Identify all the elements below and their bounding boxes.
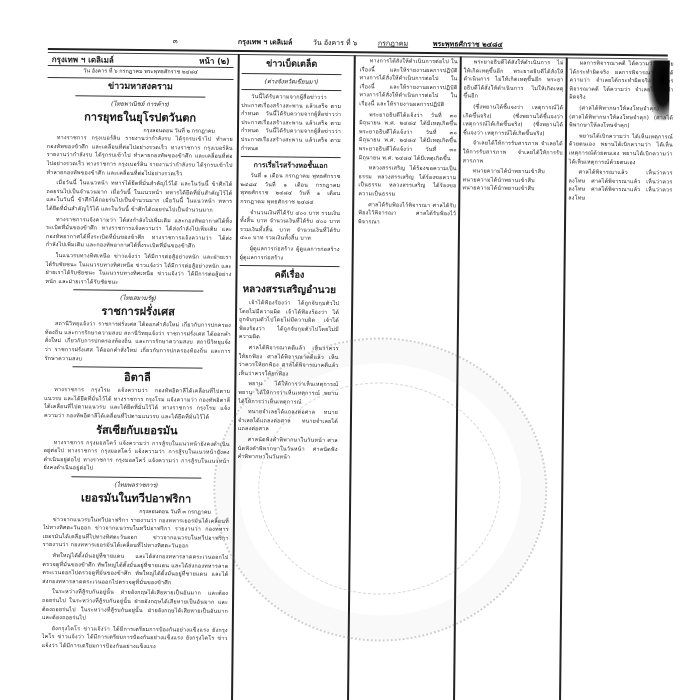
paragraph: ทางราชการ กรุงมอสโคว์ แจ้งความว่า การสู้…	[43, 439, 229, 475]
section-title: ข่าวเบ็ดเตล็ด	[242, 58, 342, 71]
paragraph: ในแนวรบทางทิศเหนือ ข่าวแจ้งว่า ได้มีการต…	[45, 252, 231, 288]
headline: การยุทธในยุโรปตวันตก	[47, 110, 233, 126]
issue-date: วัน อังคาร ที่ ๖	[313, 38, 358, 49]
ink-blot	[647, 60, 670, 120]
paragraph: พยาน ได้ให้การว่าเห็นเหตุการณ์ พยาน ได้ใ…	[238, 380, 338, 407]
paragraph: ข่าวจากแนวรบในทวีปอาฟริกา รายงานว่า กองท…	[43, 516, 229, 552]
headline: หลวงสรรเสริญอำนวย	[239, 283, 339, 298]
divider	[242, 73, 342, 75]
page-number: ๓	[173, 36, 178, 47]
article-source: (ไทยสยามรัฐ)	[45, 293, 231, 304]
column-2: ข่าวเบ็ดเตล็ด (ต่างจังหวัดเขียนมา) วันนี…	[235, 56, 342, 700]
paragraph: หลวงสรรเสริญ ได้ร้องขอความเป็นธรรม หลวงส…	[358, 164, 456, 199]
paragraph: วันที่ ๑ เดือน กรกฎาคม พุทธศักราช ๒๔๘๔ ว…	[240, 172, 340, 207]
divider	[241, 89, 341, 91]
paragraph: ศาลได้รับฟ้องไว้พิจารณา ศาลได้รับฟ้องไว้…	[358, 201, 456, 228]
paragraph: ทางการได้สั่งให้ดำเนินการต่อไป ในเรื่องน…	[359, 57, 458, 110]
paragraph: ศาลนัดฟังคำพิพากษาในวันหน้า ศาลนัดฟังคำพ…	[238, 436, 338, 463]
headline: เยอรมันในทวีปอาฟริกา	[43, 491, 229, 507]
paragraph: ยังกรุงไคโร ข่าวแจ้งว่า ได้มีการเตรียมกา…	[42, 625, 228, 653]
paragraph: ทางราชการ กรุงเบอร์ลิน รายงานว่ากำลังรบ …	[47, 134, 233, 179]
paragraph: ผู้ดูแลการก่อสร้าง ผู้ดูแลการก่อสร้าง ผู…	[240, 245, 340, 263]
section-title: ข่าวมหาสงคราม	[47, 80, 233, 94]
paper-name: กรุงเทพ ฯ เดลิเมล์	[238, 37, 292, 49]
divider	[240, 265, 340, 267]
paragraph: เจ้าได้ฟ้องร้องว่า ได้ถูกจับกุมตัวไปโดยไ…	[239, 299, 339, 343]
headline: ราชการฝรั่งเศส	[45, 304, 231, 320]
divider	[71, 476, 201, 478]
article-source: (ไทยพลราชการ)	[43, 480, 229, 491]
paragraph: สถานีวิทยุแจ้งว่า ราชการฝรั่งเศส ได้ออกค…	[45, 320, 231, 365]
issue-month: กรกฎาคม	[378, 38, 408, 49]
box-title: กรุงเทพ ฯ เดลิเมล์	[52, 54, 114, 66]
paragraph: (ซึ่งพยานได้ชี้แจงว่า เหตุการณ์ได้เกิดขึ…	[463, 103, 563, 138]
paragraph: ทนายความได้นำพยานเข้าสืบ ทนายความได้นำพย…	[462, 167, 562, 194]
headline: อิตาลี	[44, 370, 230, 386]
paragraph: จำนวนเงินที่ได้รับ ๔๐๐ บาท รวมเงินทั้งสิ…	[240, 209, 340, 244]
column-5: ผลการพิจารณาคดี ได้ความว่า จำเลยได้กระทำ…	[563, 59, 674, 700]
divider	[72, 367, 202, 369]
headline: รัสเซียกับเยอรมัน	[44, 423, 230, 439]
section-title: คดีเรื่อง	[239, 269, 339, 282]
paragraph: จำเลยได้ให้การรับสารภาพ จำเลยได้ให้การรั…	[463, 140, 563, 167]
column-4: พระยาอธิบดีได้สั่งให้ดำเนินการ ไม่ให้เกิ…	[457, 58, 564, 700]
paragraph: พระยาอธิบดีได้แจ้งว่า วันที่ ๓๐ มิถุนายน…	[359, 111, 458, 164]
paragraph: ทางราชการ กรุงโรม แจ้งความว่า กองทัพอิตา…	[44, 386, 230, 422]
paragraph: พระยาอธิบดีได้สั่งให้ดำเนินการ ไม่ให้เกิ…	[463, 58, 563, 102]
section-subtitle: (ต่างจังหวัดเขียนมา)	[241, 77, 341, 87]
newspaper-page: ๓ กรุงเทพ ฯ เดลิเมล์ วัน อังคาร ที่ ๖ กร…	[41, 34, 672, 700]
divider	[241, 156, 341, 158]
paragraph: ทัพใหญ่ได้ตั้งมั่นอยู่ที่ชายแดน และได้ส่…	[42, 552, 228, 588]
paragraph: เมื่อวันนี้ ในแนวหน้า ทหารได้ยึดที่มั่นส…	[46, 179, 232, 215]
column-3: ทางการได้สั่งให้ดำเนินการต่อไป ในเรื่องน…	[353, 57, 458, 700]
divider	[73, 290, 203, 292]
paragraph: ในระหว่างที่สู้รบกันอยู่นั้น ฝ่ายอังกฤษไ…	[42, 588, 228, 624]
paragraph: ศาลได้พิจารณาคดีแล้ว เห็นว่าควรให้ยกฟ้อง…	[238, 344, 338, 379]
divider	[75, 95, 205, 97]
box-date: วัน อังคาร ที่ ๖ กรกฎาคม พระพุทธศักราช ๒…	[48, 66, 234, 80]
paragraph: ทนายจำเลยได้แถลงต่อศาล ทนายจำเลยได้แถลงต…	[238, 408, 338, 435]
masthead: ๓ กรุงเทพ ฯ เดลิเมล์ วัน อังคาร ที่ ๖ กร…	[48, 34, 668, 56]
issue-year: พระพุทธศักราช ๒๔๘๔	[433, 39, 503, 51]
column-1: กรุงเทพ ฯ เดลิเมล์ หน้า (๒) วัน อังคาร ท…	[41, 54, 234, 700]
paragraph: ศาลได้พิจารณาแล้ว เห็นว่าควรลงโทษ ศาลได้…	[568, 169, 672, 204]
paragraph: พยานได้เบิกความว่า ได้เห็นเหตุการณ์ด้วยต…	[569, 132, 673, 167]
paragraph: ทางราชการแจ้งความว่า ได้ส่งกำลังไปเพิ่มเ…	[46, 216, 232, 252]
headline: การเรี่ยไรสร้างหอชั้นเอก	[241, 160, 341, 171]
box-page: หน้า (๒)	[199, 56, 230, 67]
paragraph: วันนี้ได้รับความจากผู้สื่อข่าวว่า ประกาศ…	[241, 93, 342, 154]
article-source: (ไทยพาณิชย์ การค้าร)	[47, 99, 233, 110]
